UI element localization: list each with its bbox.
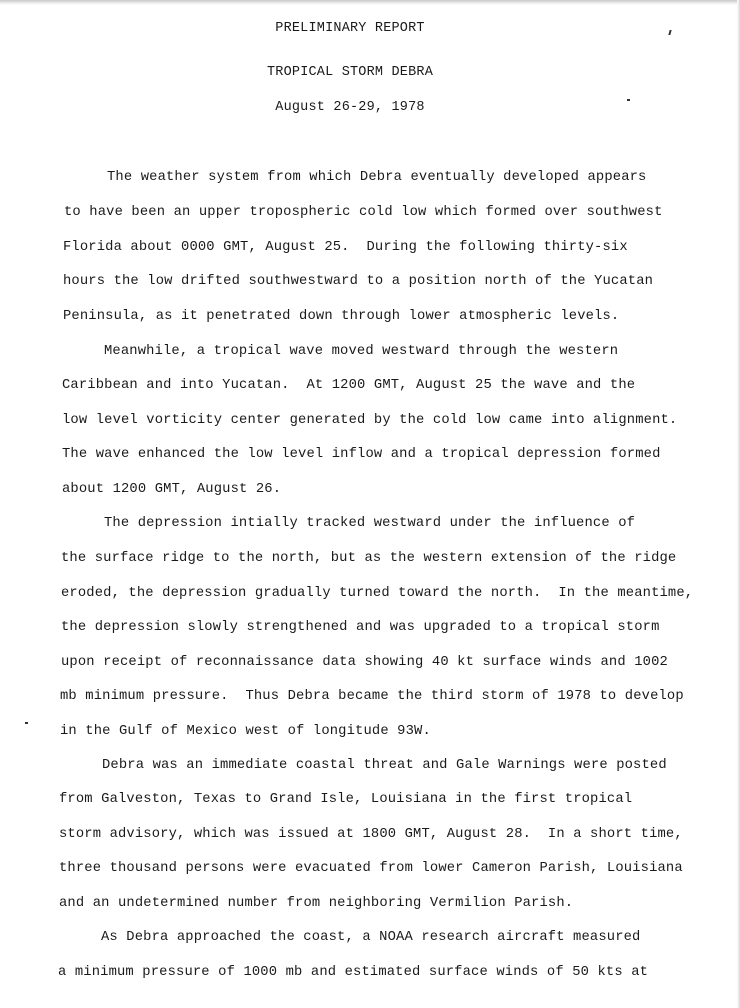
text-line: to have been an upper tropospheric cold … [64,204,663,222]
text-line: storm advisory, which was issued at 1800… [59,826,683,844]
storm-name-heading: TROPICAL STORM DEBRA [0,65,700,80]
text-line: Caribbean and into Yucatan. At 1200 GMT,… [62,377,635,395]
text-line: The wave enhanced the low level inflow a… [62,446,661,464]
text-line: in the Gulf of Mexico west of longitude … [60,723,431,741]
scan-edge-top [0,0,740,5]
text-line: the surface ridge to the north, but as t… [61,550,676,568]
text-line: three thousand persons were evacuated fr… [59,860,683,878]
text-line: Peninsula, as it penetrated down through… [63,308,619,326]
storm-dates-heading: August 26-29, 1978 [0,100,700,115]
scan-mark [25,722,28,724]
report-type-heading: PRELIMINARY REPORT [0,21,700,36]
text-line: mb minimum pressure. Thus Debra became t… [60,688,684,706]
text-line: low level vorticity center generated by … [62,412,677,430]
text-line: eroded, the depression gradually turned … [61,585,693,603]
text-line: upon receipt of reconnaissance data show… [61,654,668,672]
text-line: and an undetermined number from neighbor… [59,895,573,913]
text-line: Meanwhile, a tropical wave moved westwar… [104,343,618,361]
text-line: The weather system from which Debra even… [107,169,647,187]
text-line: As Debra approached the coast, a NOAA re… [101,929,641,947]
text-line: from Galveston, Texas to Grand Isle, Lou… [59,791,632,809]
text-line: The depression intially tracked westward… [104,515,635,533]
text-line: Florida about 0000 GMT, August 25. Durin… [63,239,628,257]
text-line: about 1200 GMT, August 26. [62,481,281,499]
text-line: Debra was an immediate coastal threat an… [102,757,667,775]
text-line: a minimum pressure of 1000 mb and estima… [58,964,648,982]
text-line: hours the low drifted southwestward to a… [63,273,653,291]
text-line: the depression slowly strengthened and w… [61,619,660,637]
